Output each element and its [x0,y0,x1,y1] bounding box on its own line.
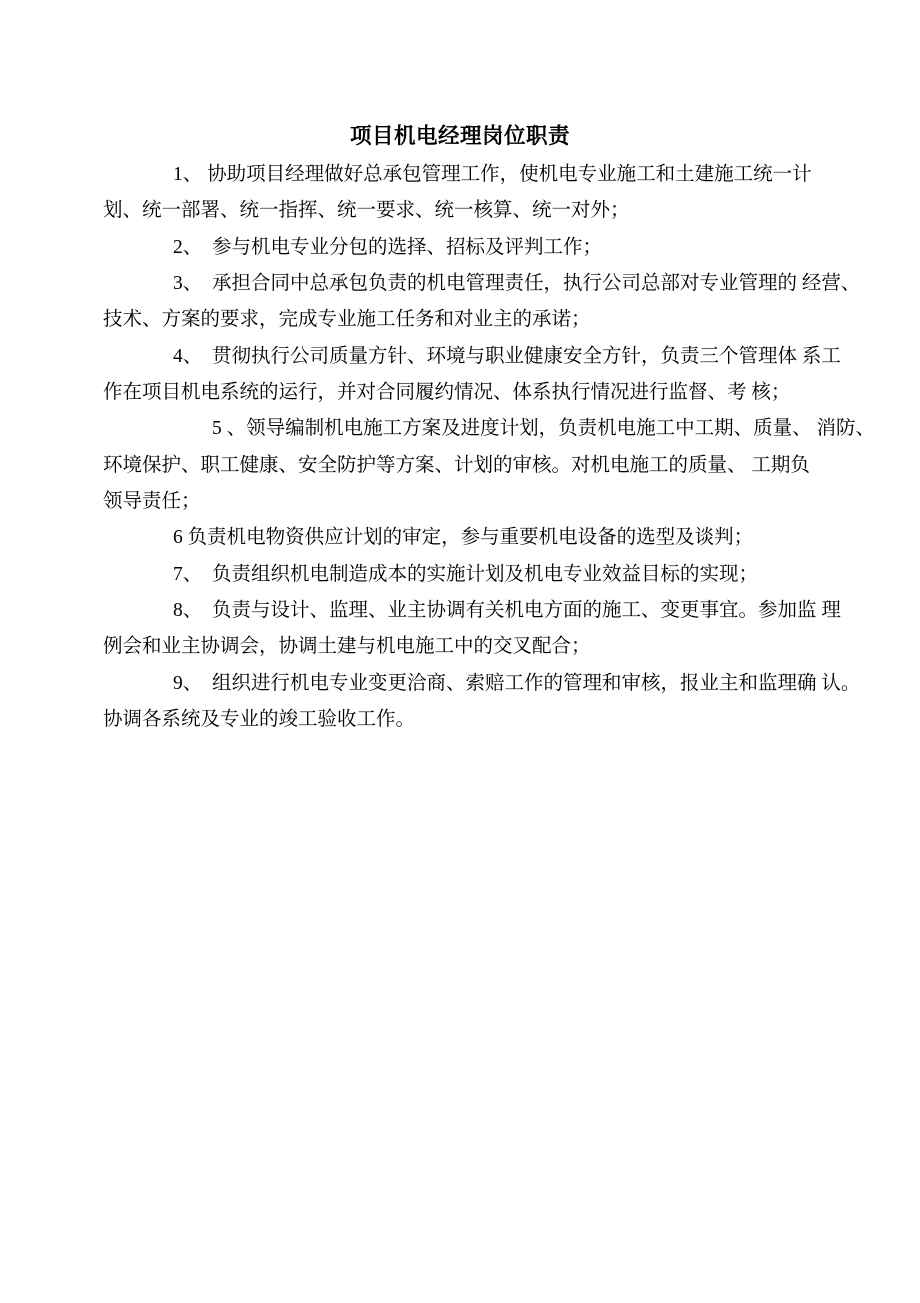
paragraph-line: 4、 贯彻执行公司质量方针、环境与职业健康安全方针，负责三个管理体 系工 [103,339,797,375]
paragraph-line: 3、 承担合同中总承包负责的机电管理责任，执行公司总部对专业管理的 经营、 [103,266,797,302]
paragraph-4: 4、 贯彻执行公司质量方针、环境与职业健康安全方针，负责三个管理体 系工 作在项… [103,339,797,412]
paragraph-line: 协调各系统及专业的竣工验收工作。 [103,702,797,738]
paragraph-line: 领导责任； [103,484,797,520]
document-page: 项目机电经理岗位职责 1、 协助项目经理做好总承包管理工作，使机电专业施工和土建… [0,0,920,1303]
paragraph-line: 划、统一部署、统一指挥、统一要求、统一核算、统一对外； [103,193,797,229]
paragraph-line: 8、 负责与设计、监理、业主协调有关机电方面的施工、变更事宜。参加监 理 [103,593,797,629]
paragraph-line: 作在项目机电系统的运行，并对合同履约情况、体系执行情况进行监督、考 核； [103,375,797,411]
paragraph-8: 8、 负责与设计、监理、业主协调有关机电方面的施工、变更事宜。参加监 理 例会和… [103,593,797,666]
paragraph-line: 9、 组织进行机电专业变更洽商、索赔工作的管理和审核，报业主和监理确 认。 [103,666,797,702]
paragraph-7: 7、 负责组织机电制造成本的实施计划及机电专业效益目标的实现； [103,557,797,593]
paragraph-line: 2、 参与机电专业分包的选择、招标及评判工作； [103,230,797,266]
paragraph-6: 6 负责机电物资供应计划的审定，参与重要机电设备的选型及谈判； [103,520,797,556]
paragraph-line: 例会和业主协调会，协调土建与机电施工中的交叉配合； [103,629,797,665]
document-title: 项目机电经理岗位职责 [0,120,920,152]
paragraph-5: 5 、领导编制机电施工方案及进度计划，负责机电施工中工期、质量、 消防、 环境保… [103,411,797,520]
paragraph-line: 7、 负责组织机电制造成本的实施计划及机电专业效益目标的实现； [103,557,797,593]
paragraph-3: 3、 承担合同中总承包负责的机电管理责任，执行公司总部对专业管理的 经营、 技术… [103,266,797,339]
paragraph-line: 1、 协助项目经理做好总承包管理工作，使机电专业施工和土建施工统一计 [103,157,797,193]
paragraph-9: 9、 组织进行机电专业变更洽商、索赔工作的管理和审核，报业主和监理确 认。 协调… [103,666,797,739]
paragraph-line: 6 负责机电物资供应计划的审定，参与重要机电设备的选型及谈判； [103,520,797,556]
paragraph-line: 5 、领导编制机电施工方案及进度计划，负责机电施工中工期、质量、 消防、 [103,411,797,447]
paragraph-line: 技术、方案的要求，完成专业施工任务和对业主的承诺； [103,302,797,338]
paragraph-1: 1、 协助项目经理做好总承包管理工作，使机电专业施工和土建施工统一计 划、统一部… [103,157,797,230]
document-body: 1、 协助项目经理做好总承包管理工作，使机电专业施工和土建施工统一计 划、统一部… [103,157,797,739]
paragraph-line: 环境保护、职工健康、安全防护等方案、计划的审核。对机电施工的质量、 工期负 [103,448,797,484]
paragraph-2: 2、 参与机电专业分包的选择、招标及评判工作； [103,230,797,266]
